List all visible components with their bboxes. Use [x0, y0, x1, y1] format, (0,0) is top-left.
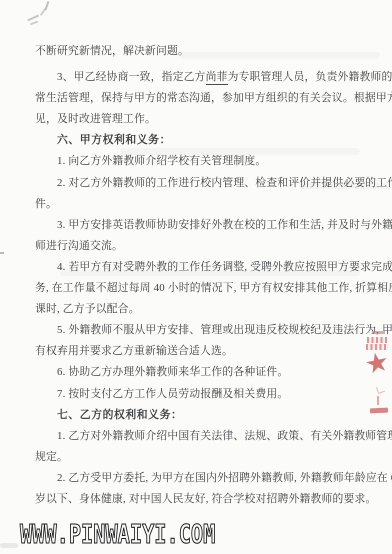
- text-segment: 课时, 乙方予以配合。: [35, 303, 140, 315]
- text-segment: 六、甲方权利和义务：: [57, 134, 171, 146]
- text-segment: 6. 协助乙方办理外籍教师来华工作的各种证件。: [57, 366, 288, 378]
- pencil-mark: [27, 15, 39, 21]
- text-line: 常生活管理，保持与甲方的常态沟通，参加甲方组织的有关会议。根据甲方意: [35, 88, 365, 109]
- text-line: 件。: [35, 194, 365, 215]
- pencil-mark: [40, 8, 46, 15]
- text-line: 5. 外籍教师不服从甲方安排、管理或出现违反校规校纪及违法行为, 甲方: [35, 320, 365, 341]
- text-segment: 件。: [35, 198, 57, 210]
- text-line: 岁以下、身体健康, 对中国人民友好, 符合学校对招聘外籍教师的要求。: [35, 489, 365, 510]
- text-line: 规定。: [35, 447, 365, 468]
- scanned-contract-page: 不断研究新情况，解决新问题。3、甲乙经协商一致，指定乙方尚菲为专职管理人员，负责…: [0, 0, 392, 554]
- text-segment: 5. 外籍教师不服从甲方安排、管理或出现违反校规校纪及违法行为, 甲方: [57, 324, 392, 336]
- text-line: 6. 协助乙方办理外籍教师来华工作的各种证件。: [35, 362, 365, 383]
- text-line: 7. 按时支付乙方工作人员劳动报酬及相关费用。: [35, 384, 365, 405]
- text-segment: 不断研究新情况，解决新问题。: [35, 45, 189, 57]
- text-line: 1. 向乙方外籍教师介绍学校有关管理制度。: [35, 151, 365, 172]
- text-line: 七、乙方的权利和义务：: [35, 405, 365, 426]
- text-line: 见，及时改进管理工作。: [35, 109, 365, 130]
- official-seal: ★: [364, 328, 392, 420]
- text-line: 师进行沟通交流。: [35, 236, 365, 257]
- text-segment: 7. 按时支付乙方工作人员劳动报酬及相关费用。: [57, 388, 288, 400]
- text-segment: 见，及时改进管理工作。: [35, 113, 156, 125]
- text-segment: 4. 若甲方有对受聘外教的工作任务调整, 受聘外教应按照甲方要求完成任: [57, 261, 392, 273]
- pencil-mark: [30, 21, 38, 25]
- scan-artifact: [0, 543, 18, 548]
- text-line: 4. 若甲方有对受聘外教的工作任务调整, 受聘外教应按照甲方要求完成任: [35, 257, 365, 278]
- text-segment: 1. 向乙方外籍教师介绍学校有关管理制度。: [57, 155, 266, 167]
- text-line: 2. 对乙方外籍教师的工作进行校内管理、检查和评价并提供必要的工作条: [35, 173, 365, 194]
- text-segment: 七、乙方的权利和义务：: [57, 409, 182, 421]
- text-segment: 2. 对乙方外籍教师的工作进行校内管理、检查和评价并提供必要的工作条: [57, 177, 392, 189]
- star-icon: ★: [362, 348, 391, 379]
- text-segment: 规定。: [35, 451, 68, 463]
- text-line: 1. 乙方对外籍教师介绍中国有关法律、法规、政策、有关外籍教师管理的: [35, 426, 365, 447]
- text-line: 有权弃用并要求乙方重新输送合适人选。: [35, 341, 365, 362]
- text-line: 务, 在工作量不超过每周 40 小时的情况下, 甲方有权安排其他工作, 折算相应: [35, 278, 365, 299]
- text-line: 3、甲乙经协商一致，指定乙方尚菲为专职管理人员，负责外籍教师的日: [35, 67, 365, 88]
- text-segment: 3、甲乙经协商一致，指定乙方: [57, 71, 206, 83]
- text-segment: 务, 在工作量不超过每周 40 小时的情况下, 甲方有权安排其他工作, 折算相应: [35, 282, 392, 294]
- watermark-text: WWW.PINWAIYI.COM: [20, 520, 215, 550]
- text-segment: 为专职管理人员，负责外籍教师的日: [228, 71, 392, 83]
- seal-mark: [377, 396, 379, 405]
- text-segment: 2. 乙方受甲方委托, 为甲方在国内外招聘外籍教师, 外籍教师年龄应在 60: [57, 472, 392, 484]
- text-line: 不断研究新情况，解决新问题。: [35, 41, 365, 62]
- pencil-mark: [45, 1, 49, 10]
- text-segment: 常生活管理，保持与甲方的常态沟通，参加甲方组织的有关会议。根据甲方意: [35, 92, 392, 104]
- seal-mark: [376, 385, 385, 394]
- text-segment: 岁以下、身体健康, 对中国人民友好, 符合学校对招聘外籍教师的要求。: [35, 493, 377, 505]
- text-segment: 1. 乙方对外籍教师介绍中国有关法律、法规、政策、有关外籍教师管理的: [57, 430, 392, 442]
- text-line: 2. 乙方受甲方委托, 为甲方在国内外招聘外籍教师, 外籍教师年龄应在 60: [35, 468, 365, 489]
- underlined-name: 尚菲: [206, 71, 228, 85]
- text-line: 3. 甲方安排英语教师协助安排好外教在校的工作和生活, 并及时与外籍教: [35, 215, 365, 236]
- document-lines: 不断研究新情况，解决新问题。3、甲乙经协商一致，指定乙方尚菲为专职管理人员，负责…: [35, 41, 365, 510]
- text-line: 课时, 乙方予以配合。: [35, 299, 365, 320]
- seal-mark: [370, 408, 388, 414]
- text-line: 六、甲方权利和义务：: [35, 130, 365, 151]
- seal-text-fragment: [372, 331, 385, 334]
- text-segment: 3. 甲方安排英语教师协助安排好外教在校的工作和生活, 并及时与外籍教: [57, 219, 392, 231]
- seal-text-fragment: [367, 337, 387, 343]
- text-segment: 有权弃用并要求乙方重新输送合适人选。: [35, 345, 233, 357]
- scan-speck: [0, 252, 4, 254]
- text-segment: 师进行沟通交流。: [35, 240, 123, 252]
